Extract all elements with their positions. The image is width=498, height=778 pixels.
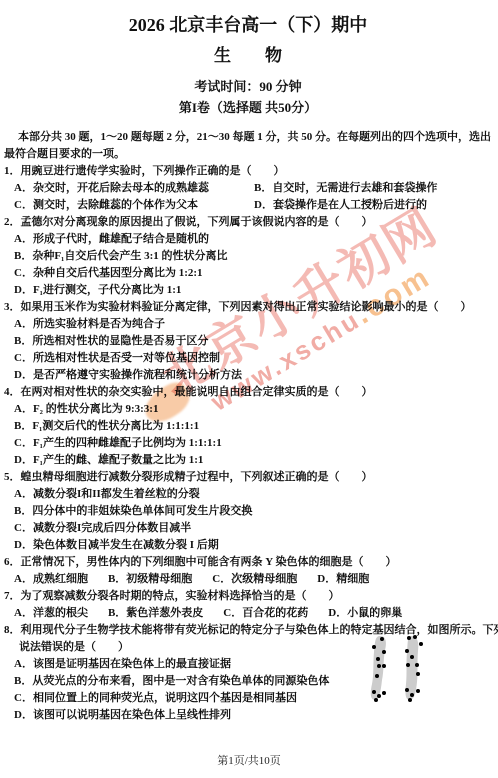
question-2-option-A: A．形成子代时，雌雄配子结合是随机的 [14,231,209,248]
option-line: C．测交时，去除雌蕊的个体作为父本D．套袋操作是在人工授粉后进行的 [4,197,492,214]
question-number: 6． [4,554,21,571]
question-7-option-B: B．紫色洋葱外表皮 [108,605,203,622]
question-stem-line: 7．为了观察减数分裂各时期的特点，实验材料选择恰当的是（ ） [4,588,492,605]
question-7: 7．为了观察减数分裂各时期的特点，实验材料选择恰当的是（ ）A．洋葱的根尖B．紫… [4,588,492,622]
option-line: C．减数分裂I完成后四分体数目减半 [4,520,492,537]
option-line: B．所选相对性状的显隐性是否易于区分 [4,333,492,350]
question-stem-text: 蝗虫精母细胞进行减数分裂形成精子过程中，下列叙述正确的是（ ） [21,469,373,486]
exam-page: 2026 北京丰台高一（下）期中 生 物 考试时间：90 分钟 第I卷（选择题 … [0,0,498,778]
question-5-option-B: B．四分体中的非姐妹染色单体间可发生片段交换 [14,503,252,520]
page-number: 第1页/共10页 [0,752,498,768]
question-4-option-D: D．F₁产生的雌、雄配子数量之比为 1:1 [14,452,203,469]
option-line: C．F₁产生的四种雌雄配子比例均为 1:1:1:1 [4,435,492,452]
question-stem-text: 用豌豆进行遗传学实验时，下列操作正确的是（ ） [21,163,285,180]
question-3-option-D: D．是否严格遵守实验操作流程和统计分析方法 [14,367,242,384]
question-2-option-D: D．F₁进行测交，子代分离比为 1:1 [14,282,181,299]
option-line: C．所选相对性状是否受一对等位基因控制 [4,350,492,367]
question-5-option-A: A．减数分裂I和II都发生着丝粒的分裂 [14,486,200,503]
question-4-option-C: C．F₁产生的四种雌雄配子比例均为 1:1:1:1 [14,435,222,452]
question-3: 3．如果用玉米作为实验材料验证分离定律，下列因素对得出正常实验结论影响最小的是（… [4,299,492,384]
question-6: 6．正常情况下，男性体内的下列细胞中可能含有两条 Y 染色体的细胞是（ ）A．成… [4,554,492,588]
question-2-option-B: B．杂种F₁自交后代会产生 3:1 的性状分离比 [14,248,228,265]
question-4-option-A: A．F₂ 的性状分离比为 9:3:3:1 [14,401,158,418]
exam-title: 2026 北京丰台高一（下）期中 [4,14,492,36]
option-line: D．该图可以说明基因在染色体上呈线性排列 [4,707,492,724]
question-7-option-D: D．小鼠的卵巢 [328,605,402,622]
option-line: D．F₁进行测交，子代分离比为 1:1 [4,282,492,299]
chromosome-pair-icon [368,635,426,703]
question-8-option-D: D．该图可以说明基因在染色体上呈线性排列 [14,707,231,724]
question-stem-text: 正常情况下，男性体内的下列细胞中可能含有两条 Y 染色体的细胞是（ ） [21,554,397,571]
question-8-option-C: C．相同位置上的同种荧光点，说明这四个基因是相同基因 [14,690,297,707]
question-stem-text: 说法错误的是（ ） [19,639,129,656]
question-stem-line: 3．如果用玉米作为实验材料验证分离定律，下列因素对得出正常实验结论影响最小的是（… [4,299,492,316]
question-stem-line: 6．正常情况下，男性体内的下列细胞中可能含有两条 Y 染色体的细胞是（ ） [4,554,492,571]
question-number: 1． [4,163,21,180]
question-3-option-C: C．所选相对性状是否受一对等位基因控制 [14,350,220,367]
question-2-option-C: C．杂种自交后代基因型分离比为 1:2:1 [14,265,203,282]
option-line: B．四分体中的非姐妹染色单体间可发生片段交换 [4,503,492,520]
question-number: 3． [4,299,21,316]
question-6-option-D: D．精细胞 [317,571,369,588]
chromosome-figure [368,635,426,703]
question-1-option-B: B．自交时，无需进行去雄和套袋操作 [254,180,437,197]
question-3-option-B: B．所选相对性状的显隐性是否易于区分 [14,333,208,350]
option-line: A．成熟红细胞B．初级精母细胞C．次级精母细胞D．精细胞 [4,571,492,588]
instructions-line1: 本部分共 30 题，1～20 题每题 2 分，21～30 每题 1 分，共 50… [4,129,492,146]
question-stem-text: 为了观察减数分裂各时期的特点，实验材料选择恰当的是（ ） [21,588,340,605]
option-line: A．F₂ 的性状分离比为 9:3:3:1 [4,401,492,418]
question-list: 1．用豌豆进行遗传学实验时，下列操作正确的是（ ）A．杂交时，开花后除去母本的成… [4,163,492,724]
option-line: A．形成子代时，雌雄配子结合是随机的 [4,231,492,248]
option-line: D．染色体数目减半发生在减数分裂 I 后期 [4,537,492,554]
question-stem-text: 如果用玉米作为实验材料验证分离定律，下列因素对得出正常实验结论影响最小的是（ ） [21,299,472,316]
question-5-option-C: C．减数分裂I完成后四分体数目减半 [14,520,191,537]
option-line: B．杂种F₁自交后代会产生 3:1 的性状分离比 [4,248,492,265]
question-stem-text: 利用现代分子生物学技术能将带有荧光标记的特定分子与染色体上的特定基因结合，如图所… [21,622,498,639]
question-stem-line: 4．在两对相对性状的杂交实验中，最能说明自由组合定律实质的是（ ） [4,384,492,401]
exam-document: { "header": { "title": "2026 北京丰台高一（下）期中… [0,0,498,778]
question-6-option-A: A．成熟红细胞 [14,571,88,588]
section-heading: 第I卷（选择题 共50分） [4,100,492,116]
question-1: 1．用豌豆进行遗传学实验时，下列操作正确的是（ ）A．杂交时，开花后除去母本的成… [4,163,492,214]
question-number: 7． [4,588,21,605]
question-4-option-B: B．F₁测交后代的性状分离比为 1:1:1:1 [14,418,199,435]
exam-time: 考试时间：90 分钟 [4,79,492,95]
question-8: 8．利用现代分子生物学技术能将带有荧光标记的特定分子与染色体上的特定基因结合，如… [4,622,492,724]
question-stem-line: 2．孟德尔对分离现象的原因提出了假说，下列属于该假说内容的是（ ） [4,214,492,231]
question-1-option-C: C．测交时，去除雌蕊的个体作为父本 [14,197,234,214]
question-stem-line: 1．用豌豆进行遗传学实验时，下列操作正确的是（ ） [4,163,492,180]
question-number: 4． [4,384,21,401]
question-stem-line: 5．蝗虫精母细胞进行减数分裂形成精子过程中，下列叙述正确的是（ ） [4,469,492,486]
question-7-option-C: C．百合花的花药 [223,605,308,622]
question-8-option-B: B．从荧光点的分布来看，图中是一对含有染色单体的同源染色体 [14,673,329,690]
question-stem-text: 孟德尔对分离现象的原因提出了假说，下列属于该假说内容的是（ ） [21,214,373,231]
question-8-option-A: A．该图是证明基因在染色体上的最直接证据 [14,656,231,673]
question-stem-text: 在两对相对性状的杂交实验中，最能说明自由组合定律实质的是（ ） [21,384,373,401]
instructions-line2: 最符合题目要求的一项。 [4,146,492,163]
question-7-option-A: A．洋葱的根尖 [14,605,88,622]
question-6-option-B: B．初级精母细胞 [108,571,192,588]
question-1-option-A: A．杂交时，开花后除去母本的成熟雄蕊 [14,180,234,197]
question-number: 2． [4,214,21,231]
question-5: 5．蝗虫精母细胞进行减数分裂形成精子过程中，下列叙述正确的是（ ）A．减数分裂I… [4,469,492,554]
question-3-option-A: A．所选实验材料是否为纯合子 [14,316,165,333]
question-2: 2．孟德尔对分离现象的原因提出了假说，下列属于该假说内容的是（ ）A．形成子代时… [4,214,492,299]
question-1-option-D: D．套袋操作是在人工授粉后进行的 [254,197,427,214]
section-instructions: 本部分共 30 题，1～20 题每题 2 分，21～30 每题 1 分，共 50… [4,129,492,163]
question-5-option-D: D．染色体数目减半发生在减数分裂 I 后期 [14,537,219,554]
question-4: 4．在两对相对性状的杂交实验中，最能说明自由组合定律实质的是（ ）A．F₂ 的性… [4,384,492,469]
option-line: A．减数分裂I和II都发生着丝粒的分裂 [4,486,492,503]
option-line: C．杂种自交后代基因型分离比为 1:2:1 [4,265,492,282]
exam-subject: 生 物 [4,46,492,66]
question-6-option-C: C．次级精母细胞 [212,571,297,588]
option-line: D．F₁产生的雌、雄配子数量之比为 1:1 [4,452,492,469]
option-line: A．所选实验材料是否为纯合子 [4,316,492,333]
option-line: D．是否严格遵守实验操作流程和统计分析方法 [4,367,492,384]
option-line: B．F₁测交后代的性状分离比为 1:1:1:1 [4,418,492,435]
option-line: A．杂交时，开花后除去母本的成熟雄蕊B．自交时，无需进行去雄和套袋操作 [4,180,492,197]
question-number: 5． [4,469,21,486]
option-line: A．洋葱的根尖B．紫色洋葱外表皮C．百合花的花药D．小鼠的卵巢 [4,605,492,622]
question-number: 8． [4,622,21,639]
